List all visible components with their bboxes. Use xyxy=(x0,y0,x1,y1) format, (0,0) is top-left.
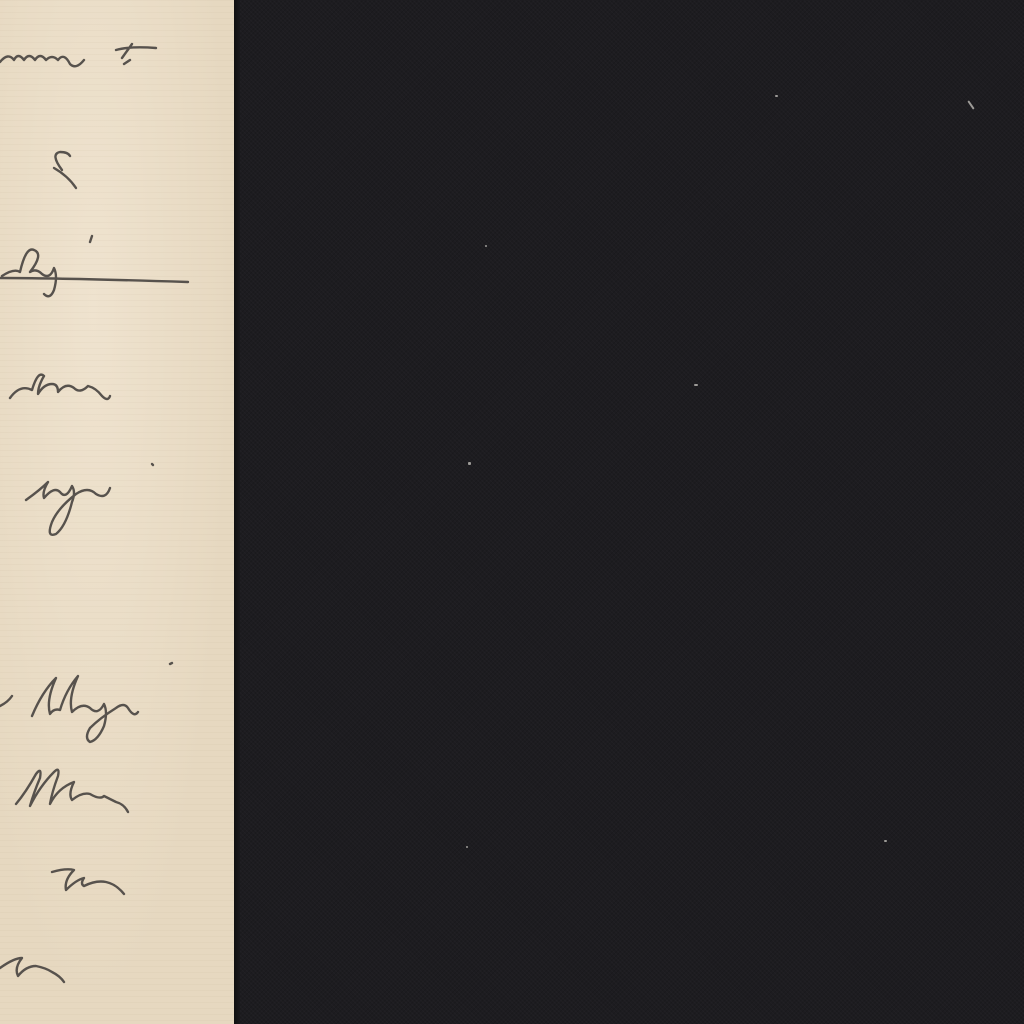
handwriting xyxy=(0,0,234,1024)
dust-speck xyxy=(694,384,698,386)
dust-speck xyxy=(884,840,887,842)
dust-speck xyxy=(967,100,974,109)
dust-speck xyxy=(466,846,468,848)
dust-speck xyxy=(485,245,487,247)
dust-speck xyxy=(468,462,471,465)
manuscript-page xyxy=(0,0,234,1024)
dark-background xyxy=(240,0,1024,1024)
dust-speck xyxy=(775,95,778,97)
